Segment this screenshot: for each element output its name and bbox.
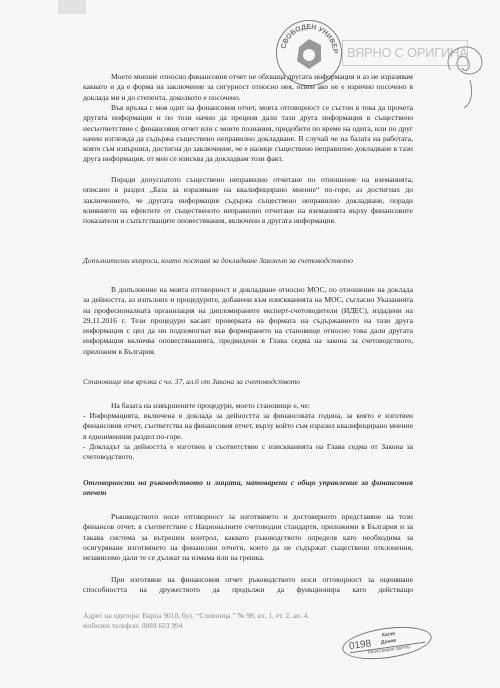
auditor-address: Адрес на одитора: Варна 9010, бул. “Слив… (83, 611, 383, 621)
auditor-stamp-caption: Регистриран одитор (368, 644, 410, 655)
paragraph-management-2: При изготвяне на финансовия отчет ръково… (83, 575, 413, 596)
paragraph-opinion-scope: Моето мнение относно финансовия отчет не… (83, 72, 413, 103)
paragraph-opinion-intro: На базата на извършените процедури, моет… (83, 401, 413, 411)
auditor-contact-footer: Адрес на одитора: Варна 9010, бул. “Слив… (83, 611, 383, 630)
paragraph-management-1: Ръководството носи отговорност за изготв… (83, 512, 413, 563)
paragraph-misstatement: Поради допуснатото съществено неправилно… (83, 175, 413, 226)
signature-icon (440, 40, 490, 110)
paragraph-auditor-responsibility: Във връзка с моя одит на фонансовия отче… (83, 103, 413, 165)
list-item-opinion-1: - Информацията, включена в доклада за де… (83, 411, 413, 442)
auditor-phone: мобилен телефон: 0889 623 994 (83, 621, 383, 631)
list-item-opinion-2: - Докладът за дейността е изготвен в съо… (83, 442, 413, 463)
auditor-last-name: Донев (381, 638, 397, 646)
heading-management-responsibilities: Отговорности на ръководството и лицата, … (83, 478, 413, 499)
heading-opinion-art37: Становище във връзка с чл. 37, ал.6 от З… (83, 377, 413, 387)
heading-additional-matters: Допълнителни въпроси, които поставя за д… (83, 256, 413, 266)
paragraph-additional-matters: В допълнение на моята отговорност и докл… (83, 285, 413, 357)
scan-artifact (58, 0, 86, 14)
